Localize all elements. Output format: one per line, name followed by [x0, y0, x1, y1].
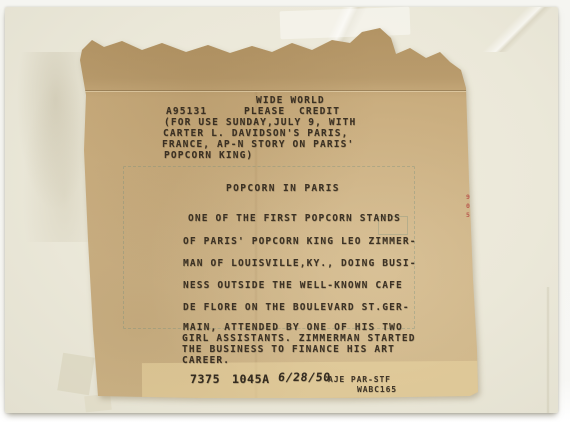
negative-number: A95131 [166, 107, 207, 117]
footer-routing-code: AJE PAR-STF [328, 375, 391, 384]
red-number-stamp: 905 [461, 193, 471, 223]
paper-crease-right-vertical [545, 287, 551, 413]
footer-ref-number-2: 1045A [232, 372, 270, 386]
scanned-photo-back: WIDE WORLD A95131 PLEASE CREDIT (FOR USE… [0, 0, 570, 422]
slip-crease-line [78, 90, 480, 93]
usage-note-line: CARTER L. DAVIDSON'S PARIS, [163, 129, 348, 139]
caption-line: NESS OUTSIDE THE WELL-KNOWN CAFE [183, 281, 403, 291]
footer-date: 6/28/50 [277, 370, 331, 384]
caption-line: DE FLORE ON THE BOULEVARD ST.GER- [183, 303, 410, 313]
slip-upper-flap-shading [78, 26, 480, 100]
footer-ref-number: 7375 [190, 372, 220, 386]
caption-slip-paper: WIDE WORLD A95131 PLEASE CREDIT (FOR USE… [78, 26, 480, 398]
agency-credit-line: WIDE WORLD [256, 96, 325, 106]
please-credit-line: PLEASE CREDIT [244, 107, 340, 117]
caption-line: THE BUSINESS TO FINANCE HIS ART [182, 345, 395, 355]
caption-line: MAN OF LOUISVILLE,KY., DOING BUSI- [183, 259, 417, 269]
caption-line: GIRL ASSISTANTS. ZIMMERMAN STARTED [182, 334, 416, 344]
caption-line: OF PARIS' POPCORN KING LEO ZIMMER- [183, 237, 417, 247]
caption-line: ONE OF THE FIRST POPCORN STANDS [188, 214, 401, 224]
usage-note-line: POPCORN KING) [164, 151, 253, 161]
caption-title: POPCORN IN PARIS [226, 184, 340, 194]
caption-line: CAREER. [182, 356, 230, 366]
usage-note-line: (FOR USE SUNDAY,JULY 9, WITH [164, 118, 356, 128]
footer-wire-code: WABC165 [357, 385, 397, 394]
paper-crease-top-right [475, 7, 560, 52]
usage-note-line: FRANCE, AP-N STORY ON PARIS' [162, 140, 354, 150]
caption-line: MAIN, ATTENDED BY ONE OF HIS TWO [183, 323, 403, 333]
caption-slip: WIDE WORLD A95131 PLEASE CREDIT (FOR USE… [78, 26, 480, 398]
